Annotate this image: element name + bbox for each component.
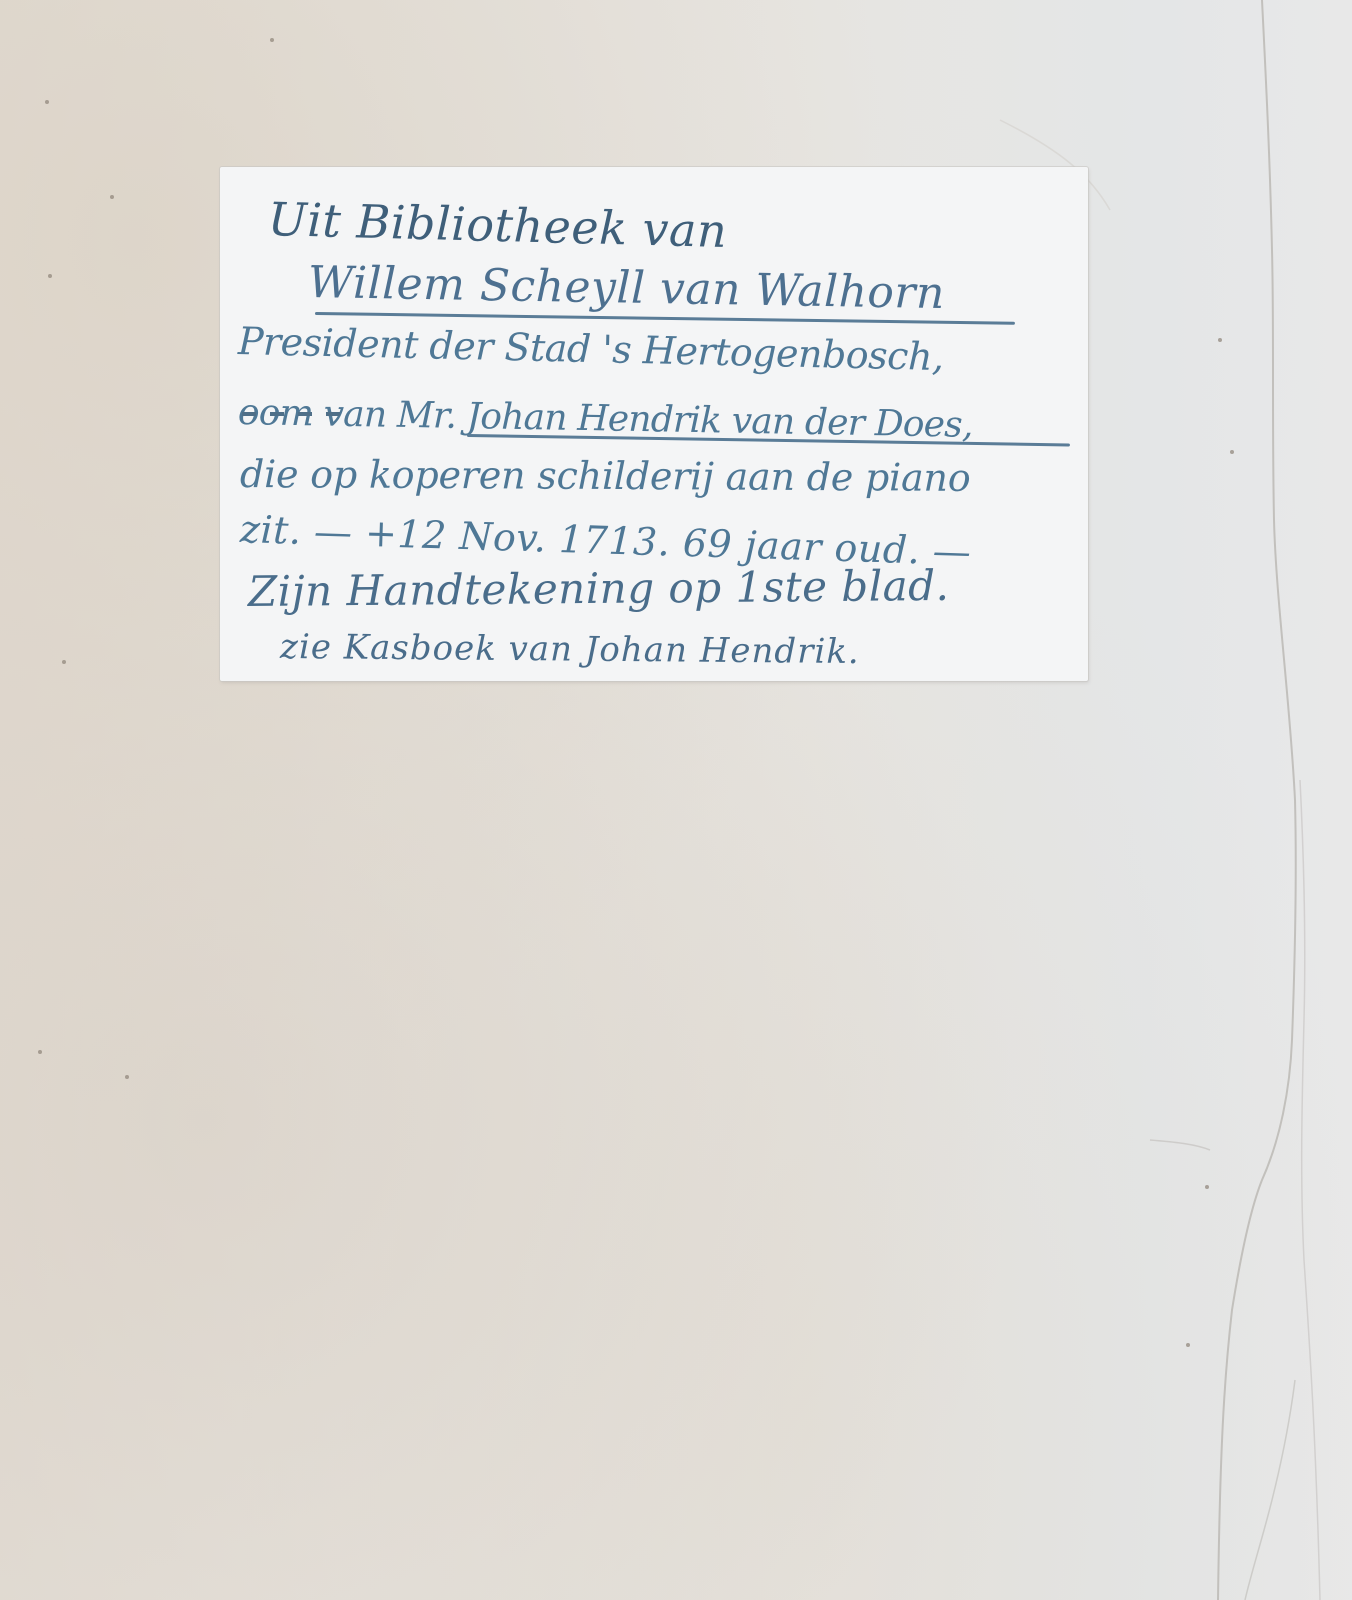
paper-speck bbox=[1186, 1343, 1190, 1347]
paper-speck bbox=[1218, 338, 1222, 342]
paper-speck bbox=[38, 1050, 42, 1054]
paper-speck bbox=[270, 38, 274, 42]
card-line-signature-note: Zijn Handtekening op 1ste blad. bbox=[248, 561, 950, 616]
paper-speck bbox=[45, 100, 49, 104]
paper-speck bbox=[1230, 450, 1234, 454]
card-line-painting: die op koperen schilderij aan de piano bbox=[240, 452, 971, 500]
card-line-title: President der Stad 's Hertogenbosch, bbox=[238, 319, 945, 379]
paper-speck bbox=[125, 1075, 129, 1079]
dashed-underline bbox=[242, 412, 352, 416]
card-line-reference: zie Kasboek van Johan Hendrik. bbox=[280, 627, 860, 672]
paper-speck bbox=[62, 660, 66, 664]
paper-speck bbox=[1205, 1185, 1209, 1189]
card-line-heading: Uit Bibliotheek van bbox=[267, 192, 728, 258]
paper-speck bbox=[48, 274, 52, 278]
provenance-card: Uit Bibliotheek van Willem Scheyll van W… bbox=[220, 167, 1088, 681]
paper-speck bbox=[110, 195, 114, 199]
card-line-owner-name: Willem Scheyll van Walhorn bbox=[308, 257, 946, 319]
